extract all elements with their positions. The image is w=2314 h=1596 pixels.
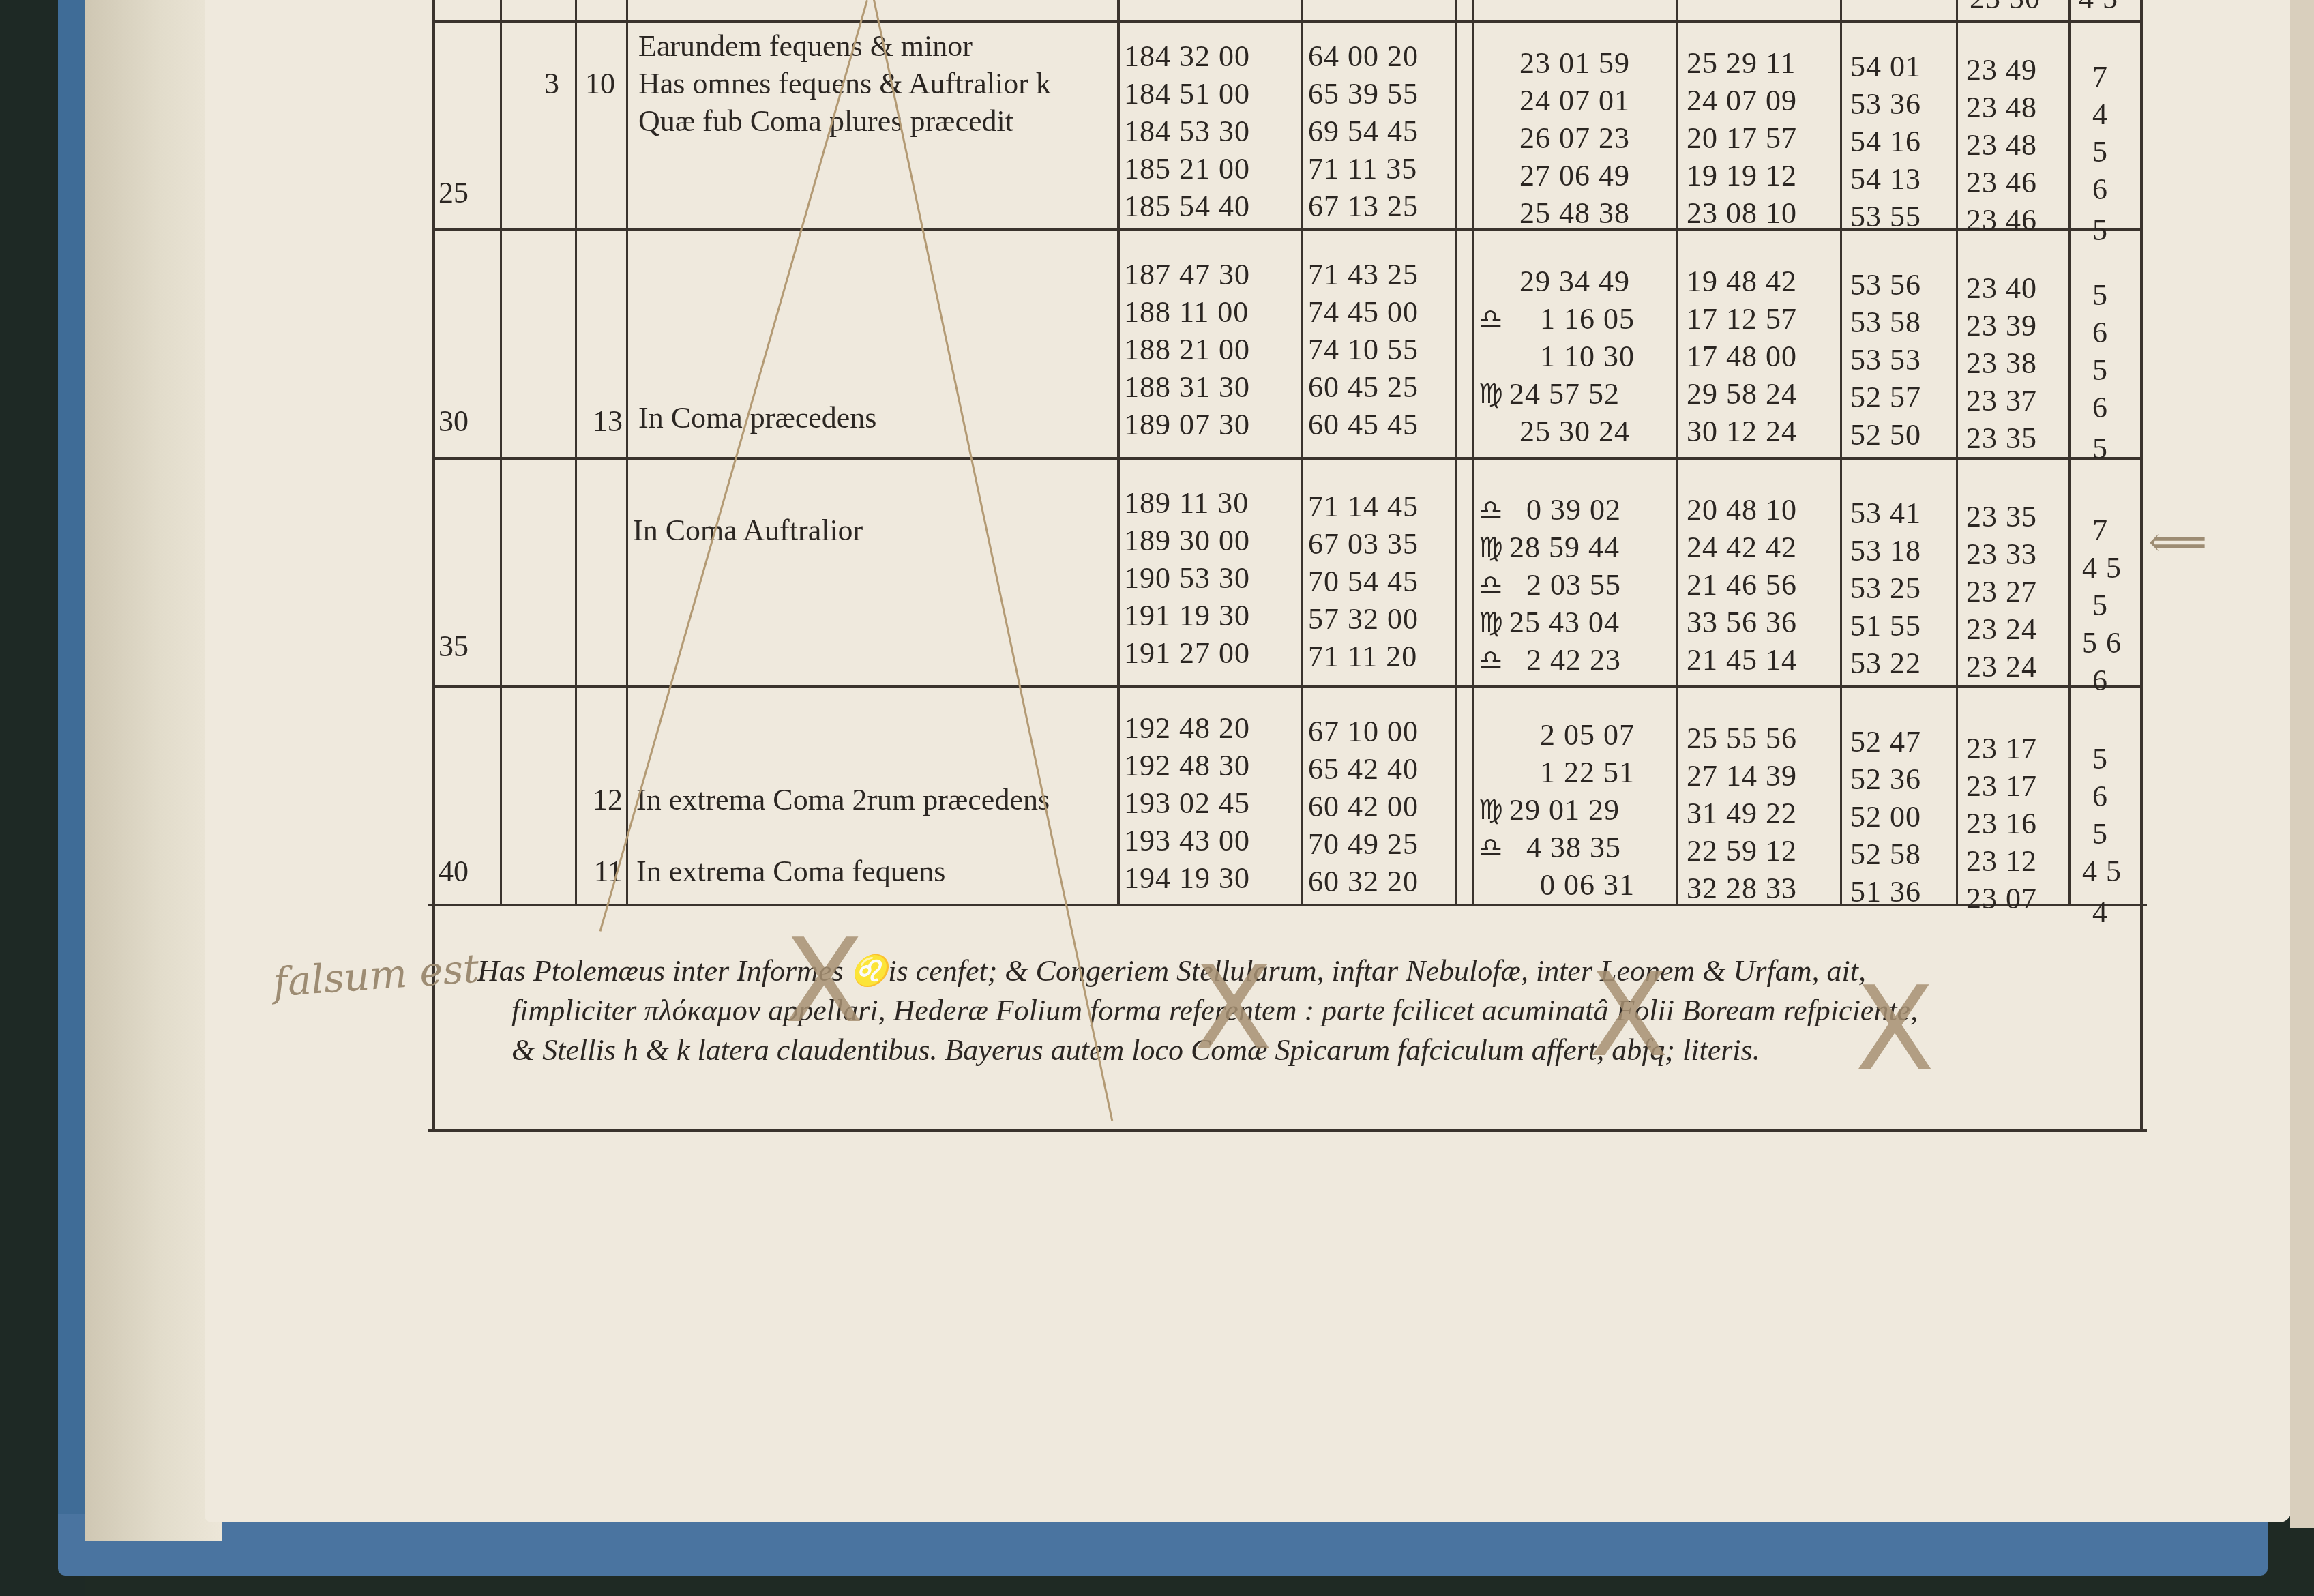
virgo-sign-icon: ♍ <box>1479 791 1503 829</box>
virgo-sign-icon: ♍ <box>1479 375 1503 413</box>
star-description: In Coma præcedens <box>638 399 876 437</box>
longitude: 23 01 59 <box>1519 44 1630 83</box>
ra: 193 02 45 <box>1124 784 1250 823</box>
cross-mark-icon: X <box>1193 941 1273 1076</box>
star-description: Quæ fub Coma plures præcedit <box>638 102 1013 141</box>
col-rule <box>1840 0 1842 904</box>
col-x: 52 58 <box>1850 836 1921 874</box>
row-index-label: 35 <box>439 627 469 666</box>
block-rule <box>435 457 2140 460</box>
libra-sign-icon: ♎ <box>1479 641 1503 679</box>
block-rule <box>435 20 2140 23</box>
magnitude: 5 <box>2092 430 2108 468</box>
longitude: 25 48 38 <box>1519 194 1630 233</box>
col-y: 23 17 <box>1966 767 2037 806</box>
latitude: 24 42 42 <box>1687 529 1797 567</box>
col-y: 23 39 <box>1966 307 2037 345</box>
decl: 60 45 45 <box>1308 406 1419 444</box>
cross-mark-icon: X <box>1855 962 1934 1097</box>
star-description: In Coma Auftralior <box>633 512 863 550</box>
col-x: 54 16 <box>1850 123 1921 161</box>
decl: 70 49 25 <box>1308 825 1419 863</box>
col-x: 53 55 <box>1850 198 1921 236</box>
col-y: 23 35 <box>1966 419 2037 458</box>
decl: 71 11 35 <box>1308 150 1417 188</box>
magnitude: 5 <box>2092 133 2108 171</box>
partial-mag: 4 5 <box>2079 0 2118 18</box>
latitude: 17 48 00 <box>1687 338 1797 376</box>
latitude: 19 19 12 <box>1687 157 1797 195</box>
magnitude: 4 5 <box>2082 853 2122 891</box>
ra: 192 48 20 <box>1124 709 1250 748</box>
decl: 70 54 45 <box>1308 563 1419 601</box>
ra: 188 21 00 <box>1124 331 1250 369</box>
ra: 189 11 30 <box>1124 484 1249 522</box>
col-x: 53 36 <box>1850 85 1921 123</box>
ra: 185 21 00 <box>1124 150 1250 188</box>
decl: 65 39 55 <box>1308 75 1419 113</box>
col-x: 53 53 <box>1850 341 1921 379</box>
col-rule <box>626 0 628 904</box>
col-y: 23 37 <box>1966 382 2037 420</box>
magnitude: 5 6 <box>2082 624 2122 662</box>
magnitude: 5 <box>2092 587 2108 625</box>
ra: 184 53 30 <box>1124 113 1250 151</box>
magnitude: 5 <box>2092 211 2108 250</box>
col-b: 13 <box>575 402 623 441</box>
col-x: 54 01 <box>1850 48 1921 86</box>
handwritten-arrow-icon: ⟸ <box>2148 518 2207 566</box>
decl: 60 42 00 <box>1308 788 1419 826</box>
col-x: 52 36 <box>1850 760 1921 799</box>
decl: 65 42 40 <box>1308 750 1419 788</box>
longitude: 27 06 49 <box>1519 157 1630 195</box>
magnitude: 6 <box>2092 314 2108 352</box>
ra: 184 32 00 <box>1124 38 1250 76</box>
longitude: 0 39 02 <box>1526 491 1621 529</box>
longitude: 29 34 49 <box>1519 263 1630 301</box>
col-y: 23 38 <box>1966 344 2037 383</box>
latitude: 21 46 56 <box>1687 566 1797 604</box>
col-y: 23 46 <box>1966 201 2037 239</box>
latitude: 17 12 57 <box>1687 300 1797 338</box>
col-y: 23 33 <box>1966 535 2037 574</box>
book-cover-blue-edge <box>58 0 85 1541</box>
cross-mark-icon: X <box>784 914 863 1049</box>
virgo-sign-icon: ♍ <box>1479 604 1503 642</box>
decl: 60 45 25 <box>1308 368 1419 407</box>
col-x: 53 18 <box>1850 532 1921 570</box>
col-y: 23 48 <box>1966 89 2037 127</box>
latitude: 31 49 22 <box>1687 795 1797 833</box>
col-a: 3 <box>544 65 559 103</box>
longitude: 1 16 05 <box>1540 300 1635 338</box>
longitude: 24 07 01 <box>1519 82 1630 120</box>
col-rule <box>1956 0 1958 904</box>
col-rule <box>1117 0 1120 904</box>
col-rule <box>1472 0 1474 904</box>
latitude: 25 55 56 <box>1687 720 1797 758</box>
col-b: 10 <box>585 65 615 103</box>
ra: 187 47 30 <box>1124 256 1250 294</box>
col-x: 54 13 <box>1850 160 1921 198</box>
latitude: 25 29 11 <box>1687 44 1796 83</box>
longitude: 25 30 24 <box>1519 413 1630 451</box>
ra: 189 30 00 <box>1124 522 1250 560</box>
libra-sign-icon: ♎ <box>1479 491 1503 529</box>
decl: 67 13 25 <box>1308 188 1419 226</box>
star-description: In extrema Coma 2rum præcedens <box>636 781 1050 819</box>
col-y: 23 24 <box>1966 648 2037 686</box>
magnitude: 5 <box>2092 351 2108 389</box>
longitude: 1 10 30 <box>1540 338 1635 376</box>
ra: 190 53 30 <box>1124 559 1250 597</box>
latitude: 21 45 14 <box>1687 641 1797 679</box>
col-x: 51 36 <box>1850 873 1921 911</box>
longitude: 4 38 35 <box>1526 829 1621 867</box>
latitude: 20 17 57 <box>1687 119 1797 158</box>
decl: 67 10 00 <box>1308 713 1419 751</box>
col-rule <box>1676 0 1678 904</box>
col-rule <box>2068 0 2071 904</box>
magnitude: 4 <box>2092 95 2108 134</box>
latitude: 33 56 36 <box>1687 604 1797 642</box>
col-x: 53 41 <box>1850 494 1921 533</box>
star-description: Earundem fequens & minor <box>638 27 973 65</box>
decl: 71 11 20 <box>1308 638 1417 676</box>
col-x: 53 22 <box>1850 645 1921 683</box>
ra: 184 51 00 <box>1124 75 1250 113</box>
page-gutter <box>85 0 222 1541</box>
decl: 74 10 55 <box>1308 331 1419 369</box>
col-y: 23 48 <box>1966 126 2037 164</box>
block-rule <box>435 685 2140 688</box>
col-x: 52 00 <box>1850 798 1921 836</box>
latitude: 22 59 12 <box>1687 832 1797 870</box>
longitude: 26 07 23 <box>1519 119 1630 158</box>
ra: 185 54 40 <box>1124 188 1250 226</box>
magnitude: 6 <box>2092 662 2108 700</box>
col-x: 52 50 <box>1850 416 1921 454</box>
longitude: 24 57 52 <box>1509 375 1620 413</box>
col-y: 23 27 <box>1966 573 2037 611</box>
col-x: 53 58 <box>1850 304 1921 342</box>
row-index-label: 25 <box>439 174 469 212</box>
col-y: 23 49 <box>1966 51 2037 89</box>
libra-sign-icon: ♎ <box>1479 300 1503 338</box>
decl: 71 14 45 <box>1308 488 1419 526</box>
magnitude: 6 <box>2092 389 2108 427</box>
magnitude: 5 <box>2092 740 2108 778</box>
latitude: 32 28 33 <box>1687 870 1797 908</box>
col-x: 51 55 <box>1850 607 1921 645</box>
decl: 74 45 00 <box>1308 293 1419 331</box>
longitude: 29 01 29 <box>1509 791 1620 829</box>
col-y: 23 35 <box>1966 498 2037 536</box>
decl: 57 32 00 <box>1308 600 1419 638</box>
longitude: 2 05 07 <box>1540 716 1635 754</box>
col-rule <box>1455 0 1457 904</box>
col-y: 23 16 <box>1966 805 2037 843</box>
col-y: 23 12 <box>1966 842 2037 881</box>
ra: 191 27 00 <box>1124 634 1250 673</box>
ra: 188 31 30 <box>1124 368 1250 407</box>
note-bottom-rule <box>428 1129 2147 1132</box>
col-y: 23 40 <box>1966 269 2037 308</box>
decl: 69 54 45 <box>1308 113 1419 151</box>
col-y: 23 17 <box>1966 730 2037 768</box>
longitude: 28 59 44 <box>1509 529 1620 567</box>
ra: 194 19 30 <box>1124 859 1250 898</box>
virgo-sign-icon: ♍ <box>1479 529 1503 567</box>
star-description: In extrema Coma fequens <box>636 853 945 891</box>
longitude: 1 22 51 <box>1540 754 1635 792</box>
decl: 60 32 20 <box>1308 863 1419 901</box>
ra: 193 43 00 <box>1124 822 1250 860</box>
decl: 71 43 25 <box>1308 256 1419 294</box>
col-x: 53 25 <box>1850 570 1921 608</box>
col-b: 12 <box>575 781 623 819</box>
latitude: 19 48 42 <box>1687 263 1797 301</box>
decl: 64 00 20 <box>1308 38 1419 76</box>
latitude: 27 14 39 <box>1687 757 1797 795</box>
magnitude: 6 <box>2092 171 2108 209</box>
col-y: 23 46 <box>1966 164 2037 202</box>
col-rule <box>575 0 577 904</box>
ra: 191 19 30 <box>1124 597 1250 635</box>
longitude: 25 43 04 <box>1509 604 1620 642</box>
page-fore-edge <box>2290 0 2314 1528</box>
magnitude: 7 <box>2092 512 2108 550</box>
longitude: 0 06 31 <box>1540 866 1635 904</box>
latitude: 23 08 10 <box>1687 194 1797 233</box>
col-y: 23 24 <box>1966 610 2037 649</box>
col-rule <box>1301 0 1303 904</box>
row-index-label: 30 <box>439 402 469 441</box>
longitude: 2 03 55 <box>1526 566 1621 604</box>
magnitude: 4 5 <box>2082 549 2122 587</box>
book-cover-bottom-edge <box>58 1514 2268 1576</box>
latitude: 24 07 09 <box>1687 82 1797 120</box>
ra: 188 11 00 <box>1124 293 1249 331</box>
decl: 67 03 35 <box>1308 525 1419 563</box>
partial-lat: 23 30 <box>1970 0 2041 18</box>
col-x: 52 57 <box>1850 379 1921 417</box>
row-index-label: 40 <box>439 853 469 891</box>
cross-mark-icon: X <box>1589 948 1668 1083</box>
col-x: 53 56 <box>1850 266 1921 304</box>
col-y: 23 07 <box>1966 880 2037 918</box>
latitude: 29 58 24 <box>1687 375 1797 413</box>
ra: 189 07 30 <box>1124 406 1250 444</box>
magnitude: 6 <box>2092 778 2108 816</box>
magnitude: 5 <box>2092 276 2108 314</box>
latitude: 30 12 24 <box>1687 413 1797 451</box>
col-x: 52 47 <box>1850 723 1921 761</box>
magnitude: 7 <box>2092 58 2108 96</box>
ra: 192 48 30 <box>1124 747 1250 785</box>
col-rule <box>500 0 502 904</box>
magnitude: 4 <box>2092 893 2108 932</box>
latitude: 20 48 10 <box>1687 491 1797 529</box>
star-description: Has omnes fequens & Auftralior k <box>638 65 1051 103</box>
magnitude: 5 <box>2092 815 2108 853</box>
longitude: 2 42 23 <box>1526 641 1621 679</box>
libra-sign-icon: ♎ <box>1479 566 1503 604</box>
libra-sign-icon: ♎ <box>1479 829 1503 867</box>
